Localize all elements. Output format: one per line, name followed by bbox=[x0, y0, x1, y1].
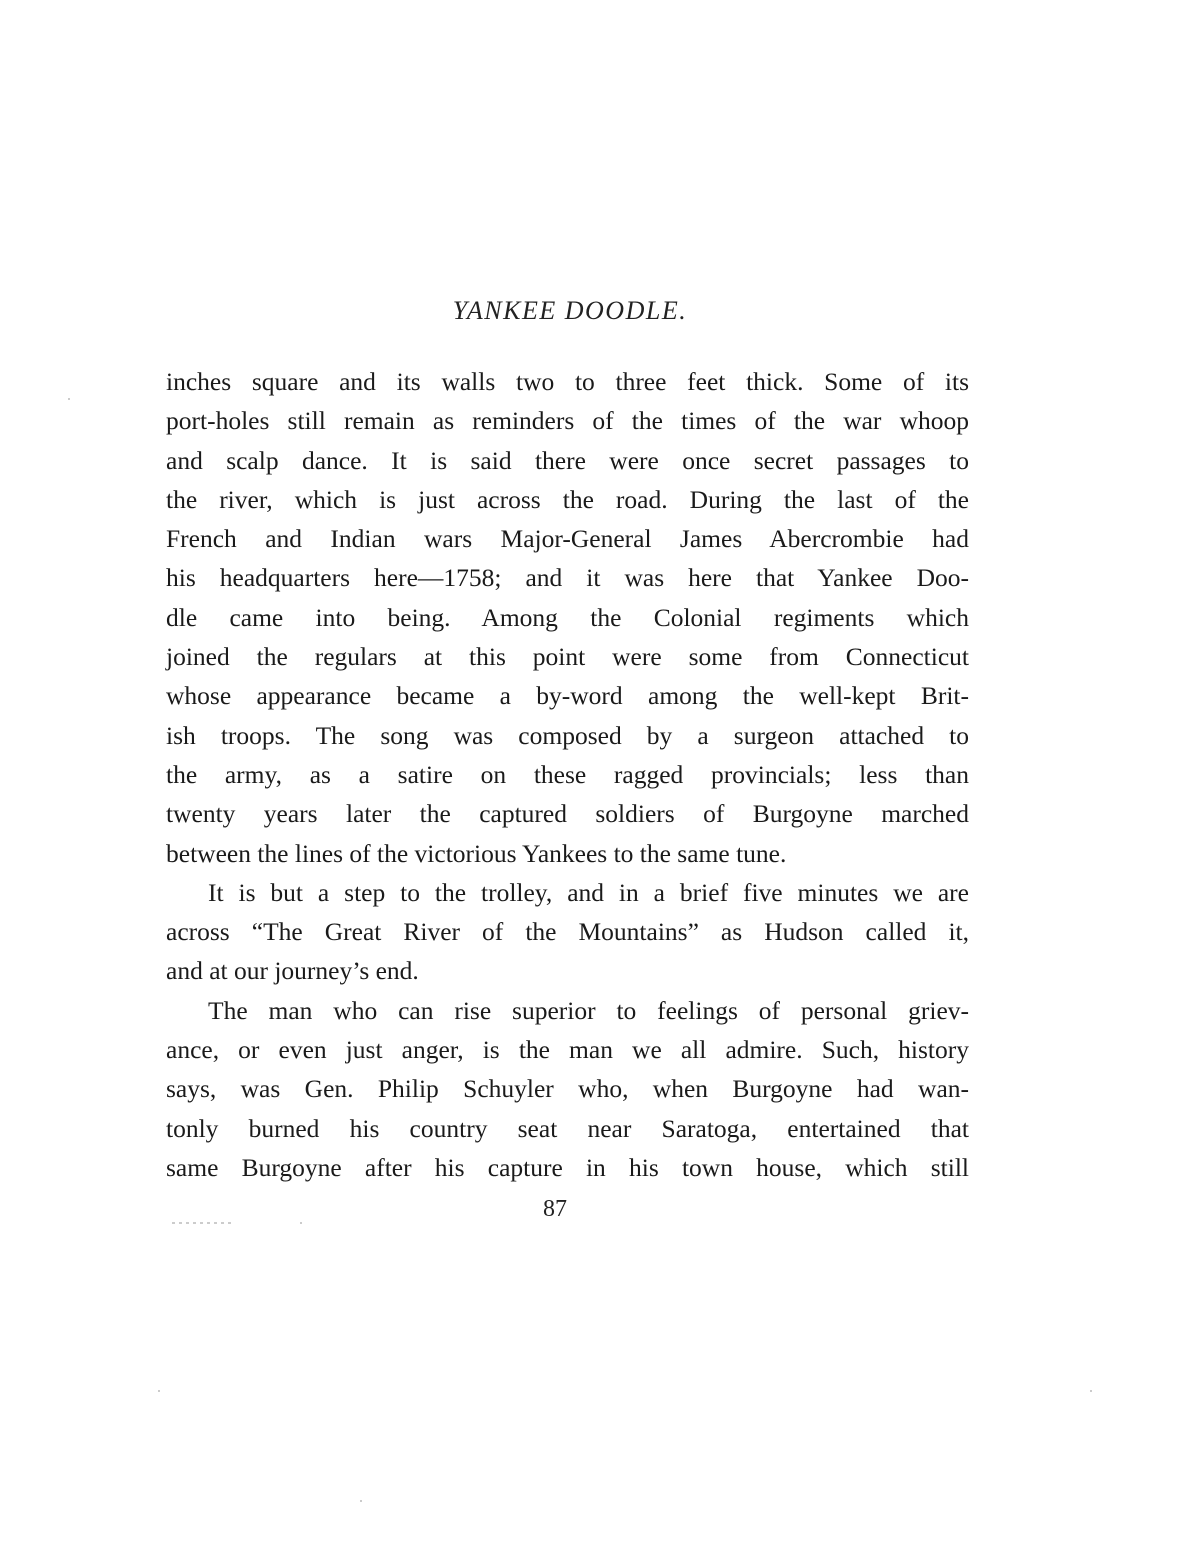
text-line: tonly burned his country seat near Sarat… bbox=[166, 1109, 969, 1148]
text-line: the army, as a satire on these ragged pr… bbox=[166, 755, 969, 794]
text-line: and at our journey’s end. bbox=[166, 951, 969, 990]
text-line: ance, or even just anger, is the man we … bbox=[166, 1030, 969, 1069]
text-line: same Burgoyne after his capture in his t… bbox=[166, 1148, 969, 1187]
paragraph-1: inches square and its walls two to three… bbox=[166, 362, 969, 873]
scan-speck bbox=[68, 398, 70, 400]
text-line: inches square and its walls two to three… bbox=[166, 362, 969, 401]
paragraph-3: The man who can rise superior to feeling… bbox=[166, 991, 969, 1187]
scan-speck bbox=[300, 1222, 302, 1224]
body-text: inches square and its walls two to three… bbox=[166, 362, 969, 1187]
text-line: and scalp dance. It is said there were o… bbox=[166, 441, 969, 480]
text-line: whose appearance became a by-word among … bbox=[166, 676, 969, 715]
text-line: The man who can rise superior to feeling… bbox=[166, 991, 969, 1030]
text-line: his headquarters here—1758; and it was h… bbox=[166, 558, 969, 597]
scan-speck bbox=[158, 1390, 160, 1392]
text-line: between the lines of the victorious Yank… bbox=[166, 834, 969, 873]
text-line: ish troops. The song was composed by a s… bbox=[166, 716, 969, 755]
scan-artifact bbox=[172, 1222, 232, 1224]
page-number: 87 bbox=[0, 1196, 1110, 1223]
text-line: It is but a step to the trolley, and in … bbox=[166, 873, 969, 912]
text-line: says, was Gen. Philip Schuyler who, when… bbox=[166, 1069, 969, 1108]
text-line: across “The Great River of the Mountains… bbox=[166, 912, 969, 951]
text-line: the river, which is just across the road… bbox=[166, 480, 969, 519]
text-line: dle came into being. Among the Colonial … bbox=[166, 598, 969, 637]
book-page: YANKEE DOODLE. inches square and its wal… bbox=[0, 0, 1200, 1568]
paragraph-2: It is but a step to the trolley, and in … bbox=[166, 873, 969, 991]
text-line: joined the regulars at this point were s… bbox=[166, 637, 969, 676]
text-line: French and Indian wars Major-General Jam… bbox=[166, 519, 969, 558]
scan-speck bbox=[1090, 1390, 1092, 1392]
text-line: twenty years later the captured soldiers… bbox=[166, 794, 969, 833]
running-head: YANKEE DOODLE. bbox=[0, 296, 1140, 326]
scan-speck bbox=[360, 1500, 362, 1502]
text-line: port-holes still remain as reminders of … bbox=[166, 401, 969, 440]
